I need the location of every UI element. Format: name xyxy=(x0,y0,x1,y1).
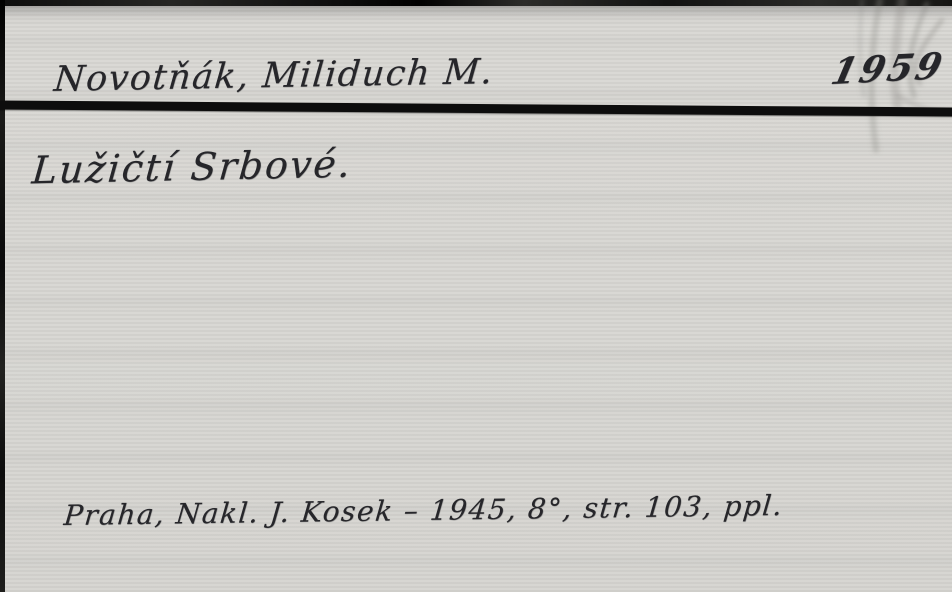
scan-edge-left xyxy=(0,0,5,592)
scan-edge-top-shadow xyxy=(0,6,952,18)
book-title: Lužičtí Srbové. xyxy=(30,142,354,193)
imprint-line: Praha, Nakl. J. Kosek – 1945, 8°, str. 1… xyxy=(63,489,785,532)
year-annotation: 1959 xyxy=(827,45,949,93)
corner-smudge xyxy=(802,0,952,190)
author-heading: Novotňák, Miliduch M. xyxy=(52,52,495,100)
header-divider-line xyxy=(0,100,952,116)
catalog-card: Novotňák, Miliduch M. 1959 Lužičtí Srbov… xyxy=(0,0,952,592)
